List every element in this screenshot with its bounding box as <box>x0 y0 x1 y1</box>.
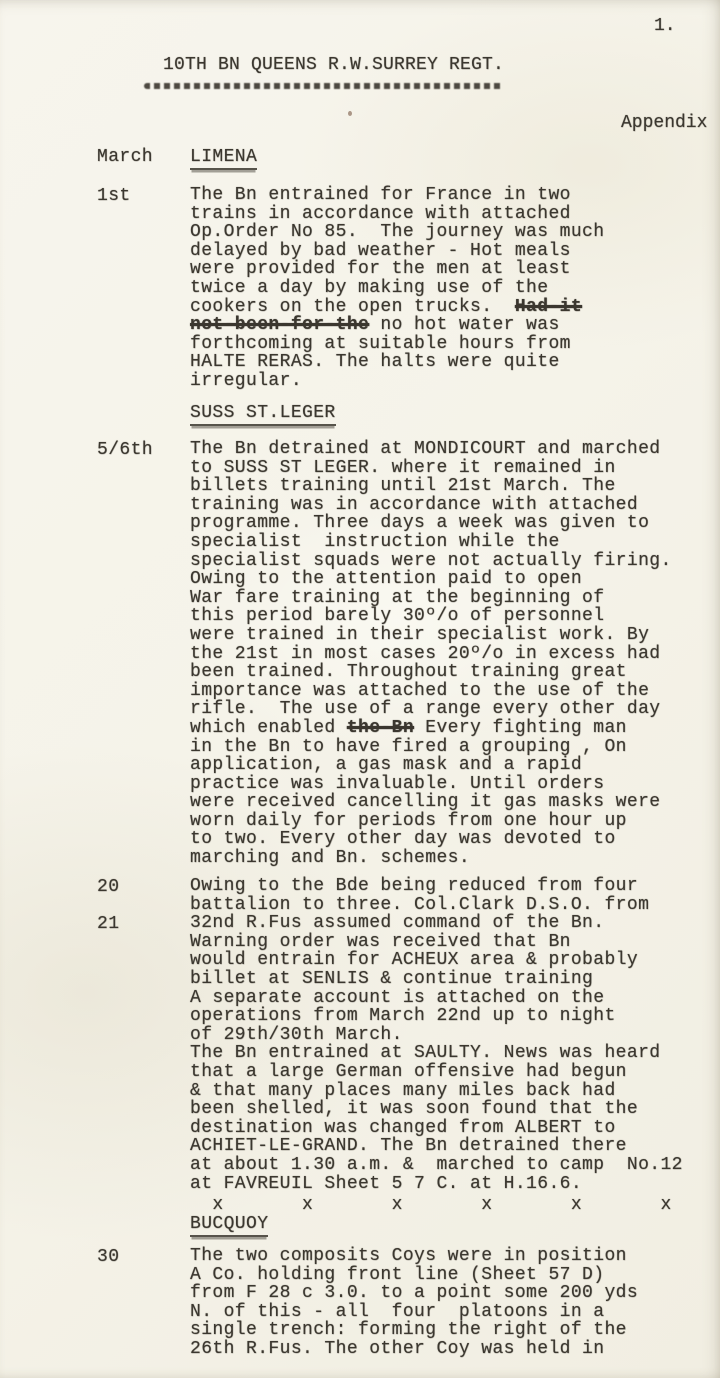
entry-line: irregular. <box>190 372 604 391</box>
entry-line: would entrain for ACHEUX area & probably <box>190 951 683 970</box>
month-label: March <box>97 147 153 167</box>
entry-line: specialist instruction while the <box>190 533 672 552</box>
entry-line: rifle. The use of a range every other da… <box>190 700 672 719</box>
entry-line: HALTE RERAS. The halts were quite <box>190 353 604 372</box>
struck-out-text: not-been-for-the <box>190 315 369 335</box>
entry-line: from F 28 c 3.0. to a point some 200 yds <box>190 1284 638 1303</box>
entry-text: The Bn detrained at MONDICOURT and march… <box>190 440 672 868</box>
entry-line: Owing to the Bde being reduced from four <box>190 877 683 896</box>
entry-line: billets training until 21st March. The <box>190 477 672 496</box>
section-heading-text: LIMENA <box>190 147 257 170</box>
ink-speck <box>348 111 352 116</box>
entry-line: that a large German offensive had begun <box>190 1063 683 1082</box>
entry-line: were trained in their specialist work. B… <box>190 626 672 645</box>
entry-date: 21 <box>97 914 119 934</box>
struck-out-text: Had-it <box>515 297 582 317</box>
entry-line: programme. Three days a week was given t… <box>190 514 672 533</box>
entry-date: 5/6th <box>97 440 153 460</box>
entry-line: ACHIET-LE-GRAND. The Bn detrained there <box>190 1137 683 1156</box>
entry-line: destination was changed from ALBERT to <box>190 1119 683 1138</box>
document-title: 10TH BN QUEENS R.W.SURREY REGT. <box>163 55 504 75</box>
entry-line: battalion to three. Col.Clark D.S.O. fro… <box>190 896 683 915</box>
document-page: 1. 10TH BN QUEENS R.W.SURREY REGT. Appen… <box>0 0 720 1378</box>
entry-line: practice was invaluable. Until orders <box>190 775 672 794</box>
section-separator: x x x x x x <box>190 1195 672 1215</box>
entry-date: 20 <box>97 877 119 897</box>
entry-line: twice a day by making use of the <box>190 279 604 298</box>
entry-text: The Bn entrained for France in twotrains… <box>190 186 604 391</box>
entry-line: forthcoming at suitable hours from <box>190 335 604 354</box>
entry-line: delayed by bad weather - Hot meals <box>190 242 604 261</box>
entry-line: the 21st in most cases 20º/o in excess h… <box>190 645 672 664</box>
entry-line: at FAVREUIL Sheet 5 7 C. at H.16.6. <box>190 1175 683 1194</box>
entry-line: worn daily for periods from one hour up <box>190 812 672 831</box>
section-heading: LIMENA <box>190 147 257 167</box>
entry-line: 26th R.Fus. The other Coy was held in <box>190 1340 638 1359</box>
entry-line: single trench: forming the right of the <box>190 1321 638 1340</box>
entry-date: 30 <box>97 1247 119 1267</box>
entry-line: operations from March 22nd up to night <box>190 1007 683 1026</box>
entry-line: in the Bn to have fired a grouping , On <box>190 738 672 757</box>
entry-text: The two composits Coys were in positionA… <box>190 1247 638 1359</box>
entry-line: Owing to the attention paid to open <box>190 570 672 589</box>
entry-line: not-been-for-the no hot water was <box>190 316 604 335</box>
entry-line: application, a gas mask and a rapid <box>190 756 672 775</box>
entry-line: specialist squads were not actually firi… <box>190 552 672 571</box>
entry-line: training was in accordance with attached <box>190 496 672 515</box>
page-number: 1. <box>654 16 676 36</box>
section-heading-text: SUSS ST.LEGER <box>190 403 336 426</box>
entry-line: been shelled, it was soon found that the <box>190 1100 683 1119</box>
entry-line: this period barely 30º/o of personnel <box>190 607 672 626</box>
section-heading: SUSS ST.LEGER <box>190 403 336 423</box>
section-heading: BUCQUOY <box>190 1214 268 1234</box>
entry-text: Owing to the Bde being reduced from four… <box>190 877 683 1193</box>
entry-line: to SUSS ST LEGER. where it remained in <box>190 459 672 478</box>
entry-line: & that many places many miles back had <box>190 1082 683 1101</box>
entry-line: 32nd R.Fus assumed command of the Bn. <box>190 914 683 933</box>
entry-line: were provided for the men at least <box>190 260 604 279</box>
entry-line: of 29th/30th March. <box>190 1026 683 1045</box>
entry-line: The Bn entrained at SAULTY. News was hea… <box>190 1044 683 1063</box>
title-underline <box>144 83 504 89</box>
entry-line: The Bn entrained for France in two <box>190 186 604 205</box>
entry-line: Warning order was received that Bn <box>190 933 683 952</box>
entry-line: Op.Order No 85. The journey was much <box>190 223 604 242</box>
entry-line: at about 1.30 a.m. & marched to camp No.… <box>190 1156 683 1175</box>
struck-out-text: the-Bn <box>347 718 414 738</box>
entry-line: marching and Bn. schemes. <box>190 849 672 868</box>
entry-line: billet at SENLIS & continue training <box>190 970 683 989</box>
entry-line: The Bn detrained at MONDICOURT and march… <box>190 440 672 459</box>
entry-line: been trained. Throughout training great <box>190 663 672 682</box>
entry-line: The two composits Coys were in position <box>190 1247 638 1266</box>
entry-line: which enabled the-Bn Every fighting man <box>190 719 672 738</box>
entry-line: A Co. holding front line (Sheet 57 D) <box>190 1266 638 1285</box>
section-heading-text: BUCQUOY <box>190 1214 268 1237</box>
entry-line: cookers on the open trucks. Had-it <box>190 298 604 317</box>
entry-line: to two. Every other day was devoted to <box>190 830 672 849</box>
entry-line: trains in accordance with attached <box>190 205 604 224</box>
entry-line: importance was attached to the use of th… <box>190 682 672 701</box>
entry-line: N. of this - all four platoons in a <box>190 1303 638 1322</box>
entry-line: War fare training at the beginning of <box>190 589 672 608</box>
appendix-label: Appendix <box>621 113 707 133</box>
entry-line: A separate account is attached on the <box>190 989 683 1008</box>
entry-date: 1st <box>97 186 131 206</box>
entry-line: were received cancelling it gas masks we… <box>190 793 672 812</box>
